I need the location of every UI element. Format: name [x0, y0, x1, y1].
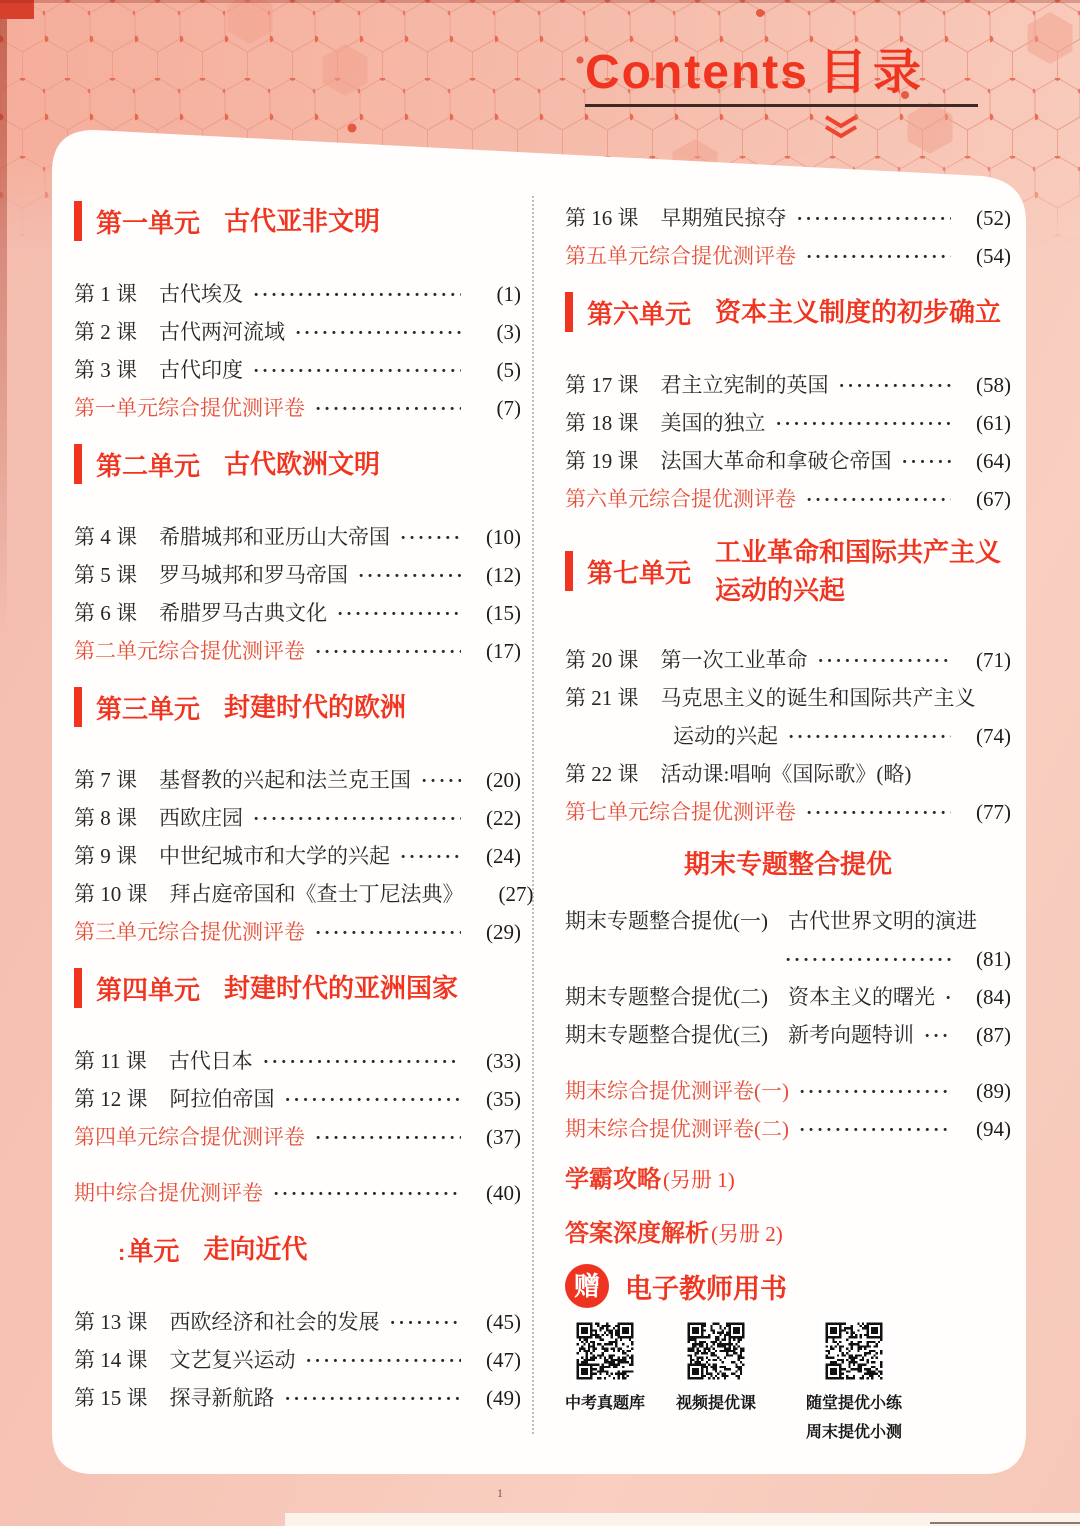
toc-page: (12) — [467, 556, 521, 594]
unit-heading: 第七单元工业革命和国际共产主义运动的兴起 — [565, 533, 1011, 609]
toc-row: 第二单元综合提优测评卷·····························… — [74, 632, 521, 670]
toc-label: 第 3 课 — [74, 351, 137, 389]
toc-page: (40) — [467, 1174, 521, 1212]
toc-label: 第 22 课 — [565, 755, 639, 793]
toc-page: (77) — [957, 793, 1011, 831]
unit-name-line: 走向近代 — [203, 1230, 307, 1268]
toc-label: 第 10 课 — [74, 875, 148, 913]
dot-leader: ········································… — [295, 315, 461, 353]
toc-page: (54) — [957, 237, 1011, 275]
unit-heading: 第四单元封建时代的亚洲国家 — [74, 966, 521, 1010]
toc-label: 期末专题整合提优(一) — [565, 902, 768, 940]
toc-title: 早期殖民掠夺 — [661, 199, 787, 237]
toc-row: 第 8 课西欧庄园·······························… — [74, 799, 521, 837]
toc-title: 文艺复兴运动 — [170, 1341, 296, 1379]
unit-name: 封建时代的亚洲国家 — [224, 969, 458, 1007]
dot-leader: ········································… — [400, 520, 461, 558]
toc-row: 第 1 课古代埃及·······························… — [74, 275, 521, 313]
supplement-title: 学霸攻略 — [565, 1158, 661, 1202]
dot-leader: ········································… — [315, 391, 461, 429]
unit-heading: 第二单元古代欧洲文明 — [74, 442, 521, 486]
toc-title: 美国的独立 — [661, 404, 766, 442]
toc-row: 期末专题整合提优(一)古代世界文明的演进 — [565, 902, 1011, 940]
dot-leader: ········································… — [390, 1305, 462, 1343]
toc-row: 期中综合提优测评卷·······························… — [74, 1174, 521, 1212]
toc-page: (33) — [467, 1042, 521, 1080]
dot-leader: ········································… — [839, 368, 952, 406]
toc-page: (29) — [467, 913, 521, 951]
dot-leader: ········································… — [421, 763, 461, 801]
toc-page: (20) — [467, 761, 521, 799]
toc-row: 第 18 课美国的独立·····························… — [565, 404, 1011, 442]
toc-title: 中世纪城市和大学的兴起 — [159, 837, 390, 875]
unit-name-line: 工业革命和国际共产主义 — [715, 533, 1001, 571]
dot-leader: ········································… — [400, 839, 461, 877]
toc-title: 第一单元综合提优测评卷 — [74, 389, 305, 427]
toc-page: (61) — [957, 404, 1011, 442]
unit-name: 古代欧洲文明 — [224, 445, 380, 483]
dot-leader: ········································… — [285, 1082, 462, 1120]
toc-title: 古代两河流域 — [159, 313, 285, 351]
unit-label: 第四单元 — [96, 970, 200, 1007]
unit-bar-icon — [74, 201, 82, 241]
toc-label: 第 7 课 — [74, 761, 137, 799]
toc-title: 古代日本 — [169, 1042, 253, 1080]
toc-label: 第 16 课 — [565, 199, 639, 237]
page-title-en: Contents — [585, 46, 809, 99]
dot-leader: ········································… — [285, 1381, 462, 1419]
dot-leader: ········································… — [776, 406, 952, 444]
toc-page: (10) — [467, 518, 521, 556]
toc-label: 第 17 课 — [565, 366, 639, 404]
dot-leader: ········································… — [924, 1018, 951, 1056]
toc-label: 第 4 课 — [74, 518, 137, 556]
toc-page: (17) — [467, 632, 521, 670]
dot-leader: ········································… — [797, 201, 952, 239]
toc-label: 第 12 课 — [74, 1080, 148, 1118]
toc-title: 第一次工业革命 — [661, 641, 808, 679]
toc-title: 第二单元综合提优测评卷 — [74, 632, 305, 670]
dot-leader: ········································… — [788, 719, 951, 757]
dot-leader: ········································… — [253, 353, 461, 391]
dot-leader: ········································… — [799, 1112, 951, 1150]
page-title: Contents目录 — [585, 48, 985, 98]
toc-page: (58) — [957, 366, 1011, 404]
unit-name: 古代亚非文明 — [224, 202, 380, 240]
gift-badge: 赠 — [565, 1264, 609, 1308]
toc-label: 第 21 课 — [565, 679, 639, 717]
qr-label: 视频提优课 — [676, 1394, 756, 1413]
toc-title: 法国大革命和拿破仑帝国 — [661, 442, 892, 480]
supplement-title: 答案深度解析 — [565, 1212, 709, 1256]
unit-label: 单元 — [118, 1231, 179, 1268]
toc-title: 期末综合提优测评卷(二) — [565, 1110, 789, 1148]
toc-row: 第七单元综合提优测评卷·····························… — [565, 793, 1011, 831]
toc-row: ········································… — [565, 940, 1011, 978]
toc-row: 第 11 课古代日本······························… — [74, 1042, 521, 1080]
toc-page: (47) — [467, 1341, 521, 1379]
chevron-down-icon — [821, 115, 861, 141]
toc-title: 第四单元综合提优测评卷 — [74, 1118, 305, 1156]
toc-page: (71) — [957, 641, 1011, 679]
qr-code-image — [572, 1318, 638, 1384]
toc-row: 第 12 课阿拉伯帝国·····························… — [74, 1080, 521, 1118]
toc-row: 第 3 课古代印度·······························… — [74, 351, 521, 389]
toc-page: (35) — [467, 1080, 521, 1118]
toc-title: 君主立宪制的英国 — [661, 366, 829, 404]
toc-page: (15) — [467, 594, 521, 632]
toc-page: (52) — [957, 199, 1011, 237]
toc-title: 活动课:唱响《国际歌》(略) — [661, 755, 912, 793]
toc-row: 第 15 课探寻新航路·····························… — [74, 1379, 521, 1417]
qr-label: 中考真题库 — [565, 1394, 645, 1413]
supplement-note: (另册 1) — [663, 1158, 735, 1202]
unit-heading: 第一单元古代亚非文明 — [74, 199, 521, 243]
title-underline — [585, 104, 978, 107]
unit-bar-icon — [74, 687, 82, 727]
unit-heading: 第六单元资本主义制度的初步确立 — [565, 290, 1011, 334]
toc-page: (1) — [467, 275, 521, 313]
toc-page: (64) — [957, 442, 1011, 480]
unit-name-line: 资本主义制度的初步确立 — [715, 293, 1001, 331]
toc-page: (49) — [467, 1379, 521, 1417]
toc-row: 第 14 课文艺复兴运动····························… — [74, 1341, 521, 1379]
toc-label: 第 6 课 — [74, 594, 137, 632]
toc-title: 第六单元综合提优测评卷 — [565, 480, 796, 518]
toc-row: 第 20 课第一次工业革命···························… — [565, 641, 1011, 679]
toc-page: (67) — [957, 480, 1011, 518]
toc-page: (7) — [467, 389, 521, 427]
toc-row: 期末综合提优测评卷(一)····························… — [565, 1072, 1011, 1110]
toc-row: 第 4 课希腊城邦和亚历山大帝国························… — [74, 518, 521, 556]
toc-row: 第 21 课马克思主义的诞生和国际共产主义 — [565, 679, 1011, 717]
page-title-zh: 目录 — [819, 46, 927, 99]
unit-name: 工业革命和国际共产主义运动的兴起 — [715, 533, 1001, 609]
unit-label: 第七单元 — [587, 553, 691, 590]
toc-row: 第五单元综合提优测评卷·····························… — [565, 237, 1011, 275]
supplement-note: (另册 2) — [711, 1212, 783, 1256]
supplement-row: 答案深度解析(另册 2) — [565, 1212, 1011, 1256]
toc-title: 西欧庄园 — [159, 799, 243, 837]
toc-row: 第六单元综合提优测评卷·····························… — [565, 480, 1011, 518]
toc-title: 基督教的兴起和法兰克王国 — [159, 761, 411, 799]
unit-name-line: 古代亚非文明 — [224, 202, 380, 240]
toc-page: (74) — [957, 717, 1011, 755]
dot-leader: ········································… — [785, 942, 951, 980]
qr-item: 中考真题库 — [565, 1318, 645, 1413]
toc-page: (37) — [467, 1118, 521, 1156]
toc-title: 古代埃及 — [159, 275, 243, 313]
dot-leader: ········································… — [315, 915, 461, 953]
toc-row: 第 16 课早期殖民掠夺····························… — [565, 199, 1011, 237]
toc-title: 资本主义的曙光 — [788, 978, 935, 1016]
unit-name: 走向近代 — [203, 1230, 307, 1268]
dot-leader: ········································… — [806, 239, 951, 277]
unit-label: 第二单元 — [96, 446, 200, 483]
toc-page: (22) — [467, 799, 521, 837]
unit-heading: 第三单元封建时代的欧洲 — [74, 685, 521, 729]
unit-bar-icon — [74, 444, 82, 484]
toc-row: 期末专题整合提优(三)新考向题特训·······················… — [565, 1016, 1011, 1054]
dot-leader: ········································… — [818, 643, 952, 681]
toc-label: 第 13 课 — [74, 1303, 148, 1341]
toc-title: 探寻新航路 — [170, 1379, 275, 1417]
unit-label: 第三单元 — [96, 689, 200, 726]
toc-row: 第 2 课古代两河流域·····························… — [74, 313, 521, 351]
toc-label: 期末专题整合提优(三) — [565, 1016, 768, 1054]
dot-leader: ········································… — [337, 596, 461, 634]
toc-title: 第七单元综合提优测评卷 — [565, 793, 796, 831]
dot-leader: ········································… — [945, 980, 951, 1018]
toc-label: 第 20 课 — [565, 641, 639, 679]
unit-name-line: 封建时代的亚洲国家 — [224, 969, 458, 1007]
toc-title: 拜占庭帝国和《查士丁尼法典》 — [170, 875, 464, 913]
supplement-row: 学霸攻略(另册 1) — [565, 1158, 1011, 1202]
toc-page: (87) — [957, 1016, 1011, 1054]
toc-title: 西欧经济和社会的发展 — [170, 1303, 380, 1341]
gift-label: 电子教师用书 — [625, 1267, 787, 1306]
unit-name-line: 封建时代的欧洲 — [224, 688, 406, 726]
dot-leader: ········································… — [799, 1074, 951, 1112]
unit-bar-icon — [74, 968, 82, 1008]
toc-row: 运动的兴起···································… — [565, 717, 1011, 755]
toc-row: 期末专题整合提优(二)资本主义的曙光······················… — [565, 978, 1011, 1016]
toc-row: 第四单元综合提优测评卷·····························… — [74, 1118, 521, 1156]
qr-label: 周末提优小测 — [806, 1423, 902, 1442]
unit-label: 第六单元 — [587, 294, 691, 331]
section-heading: 期末专题整合提优 — [565, 842, 1011, 886]
toc-page: (81) — [957, 940, 1011, 978]
qr-label: 随堂提优小练 — [806, 1394, 902, 1413]
unit-name: 资本主义制度的初步确立 — [715, 293, 1001, 331]
toc-label: 第 1 课 — [74, 275, 137, 313]
toc-label: 第 2 课 — [74, 313, 137, 351]
dot-leader: ········································… — [273, 1176, 461, 1214]
page-number: 1 — [497, 1486, 503, 1501]
toc-page: (3) — [467, 313, 521, 351]
toc-row: 第 13 课西欧经济和社会的发展························… — [74, 1303, 521, 1341]
gift-row: 赠电子教师用书 — [565, 1262, 1011, 1310]
toc-column-left: 第一单元古代亚非文明第 1 课古代埃及·····················… — [74, 199, 521, 1417]
toc-page: (94) — [957, 1110, 1011, 1148]
unit-name: 封建时代的欧洲 — [224, 688, 406, 726]
toc-row: 期末综合提优测评卷(二)····························… — [565, 1110, 1011, 1148]
dot-leader: ········································… — [253, 277, 461, 315]
toc-title: 希腊罗马古典文化 — [159, 594, 327, 632]
toc-page: (27) — [480, 875, 534, 913]
toc-column-right: 第 16 课早期殖民掠夺····························… — [565, 199, 1011, 1468]
dot-leader: ········································… — [902, 444, 952, 482]
unit-name-line: 运动的兴起 — [715, 571, 1001, 609]
dot-leader: ········································… — [263, 1044, 461, 1082]
dot-leader: ········································… — [806, 482, 951, 520]
toc-label: 第 15 课 — [74, 1379, 148, 1417]
toc-row: 第 9 课中世纪城市和大学的兴起························… — [74, 837, 521, 875]
toc-title: 古代世界文明的演进 — [788, 902, 977, 940]
toc-row: 第 19 课法国大革命和拿破仑帝国·······················… — [565, 442, 1011, 480]
unit-label: 第一单元 — [96, 203, 200, 240]
toc-row: 第 10 课拜占庭帝国和《查士丁尼法典》····················… — [74, 875, 521, 913]
toc-label: 期末专题整合提优(二) — [565, 978, 768, 1016]
toc-page: (89) — [957, 1072, 1011, 1110]
toc-label: 第 11 课 — [74, 1042, 147, 1080]
toc-row: 第 5 课罗马城邦和罗马帝国··························… — [74, 556, 521, 594]
dot-leader: ········································… — [306, 1343, 462, 1381]
toc-label: 第 19 课 — [565, 442, 639, 480]
toc-title: 古代印度 — [159, 351, 243, 389]
dot-leader: ········································… — [253, 801, 461, 839]
dot-leader: ········································… — [315, 1120, 461, 1158]
toc-title: 马克思主义的诞生和国际共产主义 — [661, 679, 976, 717]
page-header: Contents目录 — [585, 48, 985, 141]
qr-row: 中考真题库视频提优课随堂提优小练周末提优小测 — [565, 1318, 1011, 1468]
toc-page: (45) — [467, 1303, 521, 1341]
toc-page: (84) — [957, 978, 1011, 1016]
unit-bar-icon — [565, 292, 573, 332]
toc-row: 第 7 课基督教的兴起和法兰克王国·······················… — [74, 761, 521, 799]
qr-item: 视频提优课 — [676, 1318, 756, 1413]
qr-item: 随堂提优小练周末提优小测 — [806, 1318, 902, 1442]
toc-label: 第 8 课 — [74, 799, 137, 837]
toc-page: (24) — [467, 837, 521, 875]
toc-label: 第 5 课 — [74, 556, 137, 594]
toc-page: (5) — [467, 351, 521, 389]
toc-title: 阿拉伯帝国 — [170, 1080, 275, 1118]
toc-label: 第 14 课 — [74, 1341, 148, 1379]
unit-name-line: 古代欧洲文明 — [224, 445, 380, 483]
qr-code-image — [683, 1318, 749, 1384]
dot-leader: ········································… — [358, 558, 461, 596]
dot-leader: ········································… — [806, 795, 951, 833]
toc-row: 第一单元综合提优测评卷·····························… — [74, 389, 521, 427]
column-divider — [532, 196, 534, 1434]
toc-title: 第三单元综合提优测评卷 — [74, 913, 305, 951]
toc-row: 第 22 课活动课:唱响《国际歌》(略) — [565, 755, 1011, 793]
toc-title: 罗马城邦和罗马帝国 — [159, 556, 348, 594]
unit-bar-icon — [565, 551, 573, 591]
toc-row: 第三单元综合提优测评卷·····························… — [74, 913, 521, 951]
toc-label: 第 18 课 — [565, 404, 639, 442]
toc-title: 期中综合提优测评卷 — [74, 1174, 263, 1212]
toc-title: 运动的兴起 — [673, 717, 778, 755]
dot-leader: ········································… — [315, 634, 461, 672]
toc-title: 新考向题特训 — [788, 1016, 914, 1054]
toc-title: 期末综合提优测评卷(一) — [565, 1072, 789, 1110]
toc-title: 第五单元综合提优测评卷 — [565, 237, 796, 275]
qr-code-image — [821, 1318, 887, 1384]
toc-title: 希腊城邦和亚历山大帝国 — [159, 518, 390, 556]
unit-heading: 单元走向近代 — [74, 1227, 521, 1271]
toc-row: 第 17 课君主立宪制的英国··························… — [565, 366, 1011, 404]
toc-label: 第 9 课 — [74, 837, 137, 875]
toc-row: 第 6 课希腊罗马古典文化···························… — [74, 594, 521, 632]
